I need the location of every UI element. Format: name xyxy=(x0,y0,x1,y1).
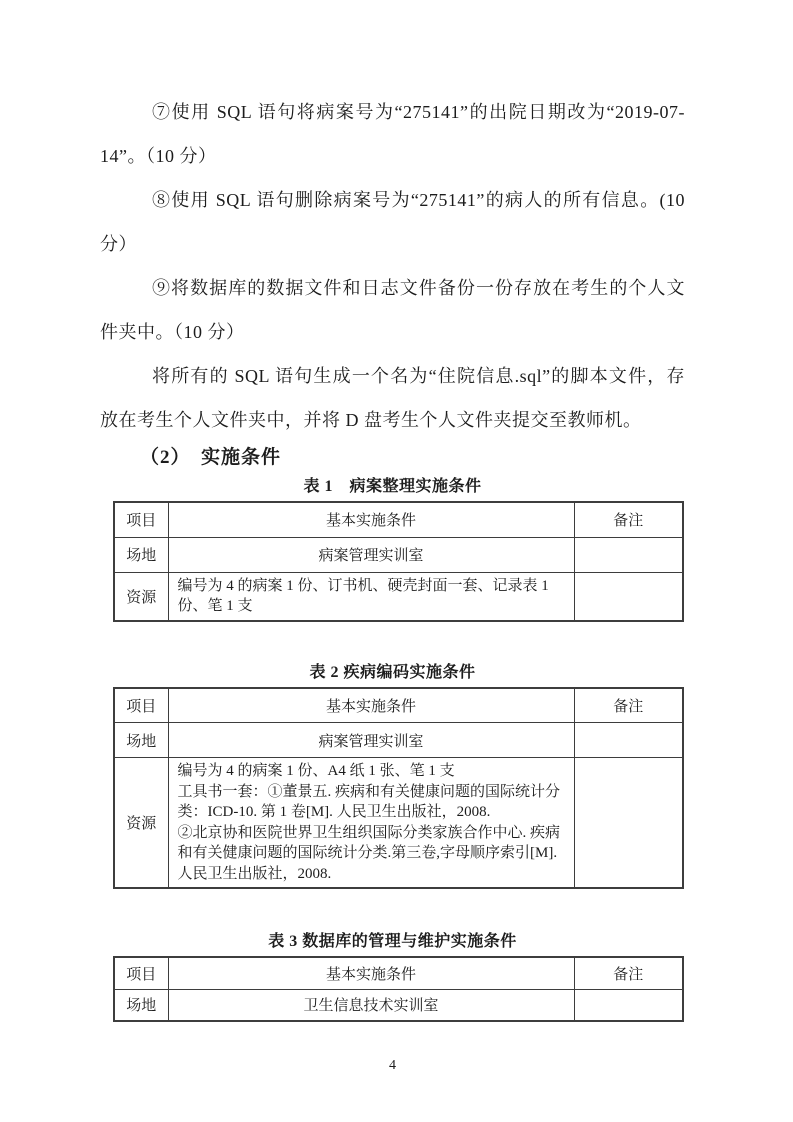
table-2-site-note xyxy=(574,723,683,758)
paragraph-item-9: ⑨将数据库的数据文件和日志文件备份一份存放在考生的个人文件夹中。（10 分） xyxy=(100,266,685,354)
table-2-row-site: 场地 病案管理实训室 xyxy=(114,723,683,758)
table-1-row-site: 场地 病案管理实训室 xyxy=(114,537,683,572)
table-1-site-label: 场地 xyxy=(114,537,168,572)
table-2-site-label: 场地 xyxy=(114,723,168,758)
table-3-header-note: 备注 xyxy=(574,957,683,989)
table-2-header-conditions: 基本实施条件 xyxy=(168,688,574,723)
paragraph-item-8: ⑧使用 SQL 语句删除病案号为“275141”的病人的所有信息。(10 分） xyxy=(100,178,685,266)
table-1-header-conditions: 基本实施条件 xyxy=(168,502,574,537)
table-1-site-content: 病案管理实训室 xyxy=(168,537,574,572)
table1-caption: 表 1 病案整理实施条件 xyxy=(100,476,685,498)
paragraph-closing: 将所有的 SQL 语句生成一个名为“住院信息.sql”的脚本文件，存放在考生个人… xyxy=(100,354,685,442)
table-3-site-content: 卫生信息技术实训室 xyxy=(168,989,574,1021)
table-3-header-item: 项目 xyxy=(114,957,168,989)
page-content: ⑦使用 SQL 语句将病案号为“275141”的出院日期改为“2019-07-1… xyxy=(100,0,685,1074)
table-2-disease-coding: 项目 基本实施条件 备注 场地 病案管理实训室 资源 编号为 4 的病案 1 份… xyxy=(113,687,684,890)
table-3-site-note xyxy=(574,989,683,1021)
table-1-row-resources: 资源 编号为 4 的病案 1 份、订书机、硬壳封面一套、记录表 1 份、笔 1 … xyxy=(114,572,683,621)
paragraph-item-7: ⑦使用 SQL 语句将病案号为“275141”的出院日期改为“2019-07-1… xyxy=(100,90,685,178)
table-1-header-note: 备注 xyxy=(574,502,683,537)
table-2-resources-content: 编号为 4 的病案 1 份、A4 纸 1 张、笔 1 支 工具书一套：①董景五.… xyxy=(168,758,574,889)
table-2-resources-label: 资源 xyxy=(114,758,168,889)
table-2-row-resources: 资源 编号为 4 的病案 1 份、A4 纸 1 张、笔 1 支 工具书一套：①董… xyxy=(114,758,683,889)
table3-caption: 表 3 数据库的管理与维护实施条件 xyxy=(100,931,685,953)
page-number: 4 xyxy=(100,1058,685,1074)
table-1-resources-note xyxy=(574,572,683,621)
table-1-resources-content: 编号为 4 的病案 1 份、订书机、硬壳封面一套、记录表 1 份、笔 1 支 xyxy=(168,572,574,621)
section-heading-implementation-conditions: （2） 实施条件 xyxy=(100,445,685,471)
table-2-header-row: 项目 基本实施条件 备注 xyxy=(114,688,683,723)
table-1-resources-label: 资源 xyxy=(114,572,168,621)
table-3-header-conditions: 基本实施条件 xyxy=(168,957,574,989)
document-page: { "paragraphs": { "item7": "⑦使用 SQL 语句将病… xyxy=(0,0,793,1122)
table-2-site-content: 病案管理实训室 xyxy=(168,723,574,758)
table-3-site-label: 场地 xyxy=(114,989,168,1021)
table-1-site-note xyxy=(574,537,683,572)
table-3-database-management: 项目 基本实施条件 备注 场地 卫生信息技术实训室 xyxy=(113,956,684,1022)
table-1-header-item: 项目 xyxy=(114,502,168,537)
table-1-medical-record-sorting: 项目 基本实施条件 备注 场地 病案管理实训室 资源 编号为 4 的病案 1 份… xyxy=(113,501,684,622)
table-3-header-row: 项目 基本实施条件 备注 xyxy=(114,957,683,989)
table2-caption: 表 2 疾病编码实施条件 xyxy=(100,662,685,684)
table-2-header-note: 备注 xyxy=(574,688,683,723)
table-1-header-row: 项目 基本实施条件 备注 xyxy=(114,502,683,537)
table-3-row-site: 场地 卫生信息技术实训室 xyxy=(114,989,683,1021)
table-2-header-item: 项目 xyxy=(114,688,168,723)
table-2-resources-note xyxy=(574,758,683,889)
